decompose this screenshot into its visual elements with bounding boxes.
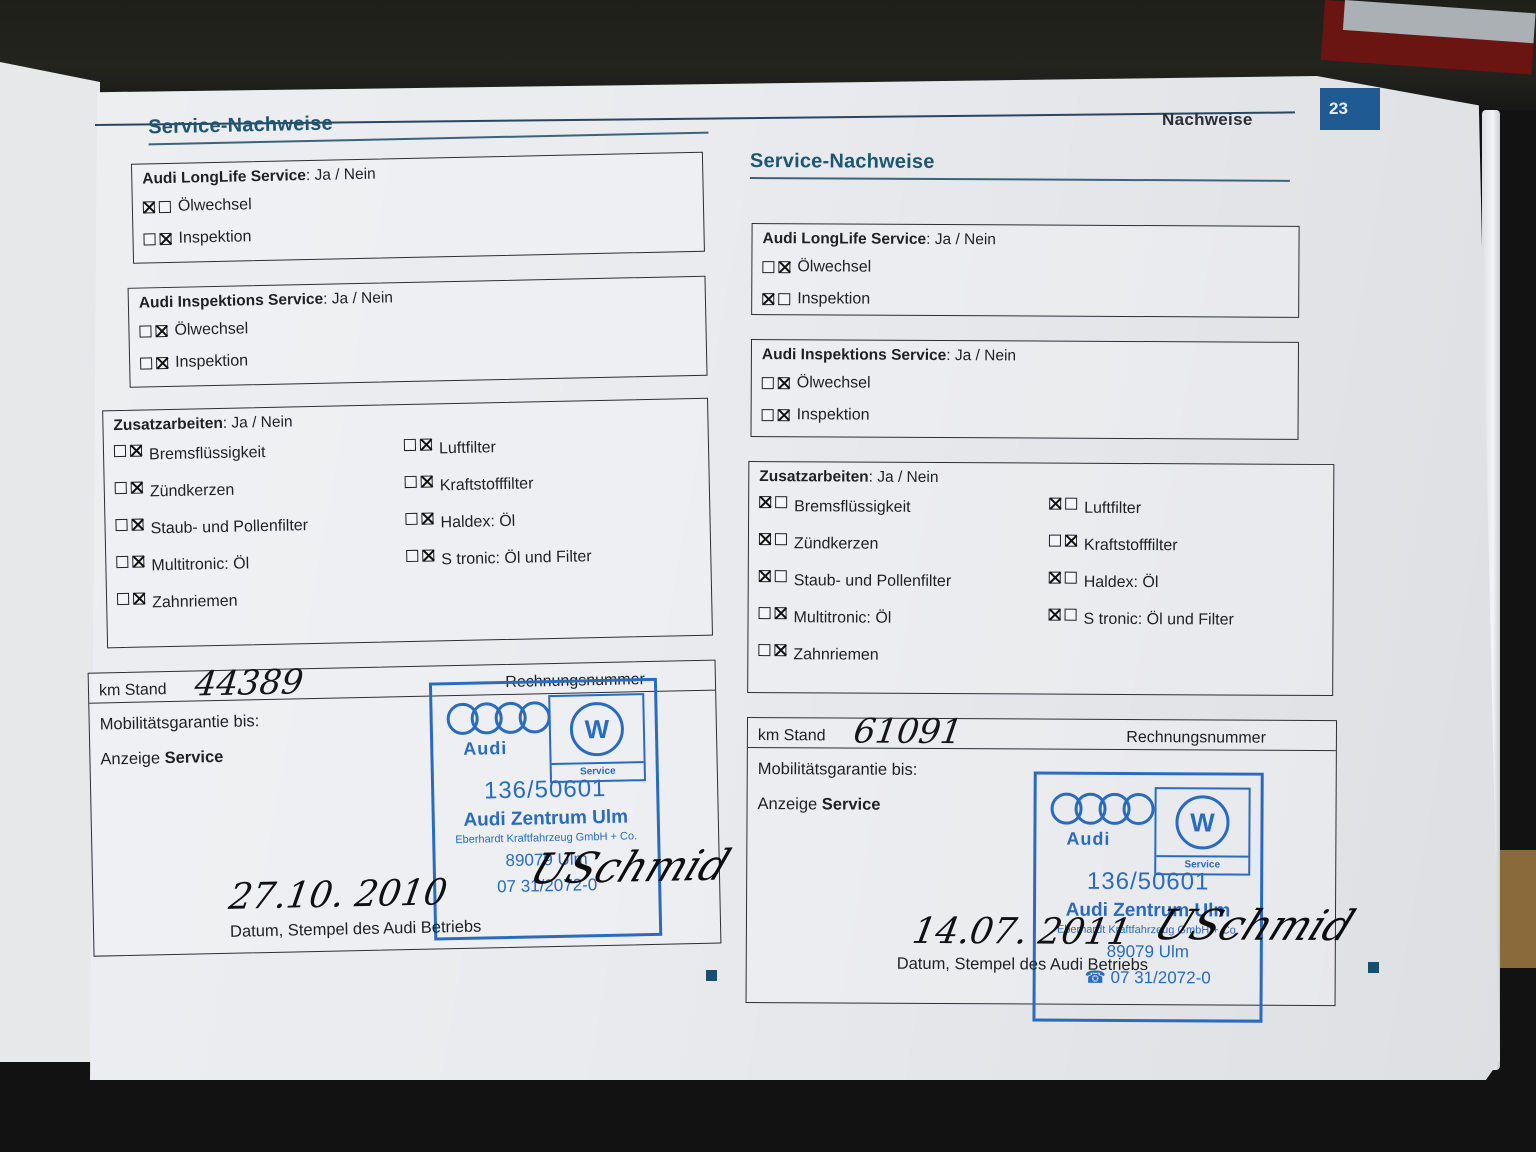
- checkbox-nein[interactable]: [420, 438, 432, 450]
- checklist-label: Kraftstofffilter: [440, 473, 534, 497]
- checklist-item: S tronic: Öl und Filter: [1048, 609, 1328, 632]
- checkbox-nein[interactable]: [155, 325, 167, 337]
- checklist-item: Haldex: Öl: [1049, 572, 1329, 595]
- checkbox-nein[interactable]: [156, 357, 168, 369]
- checklist-label: Luftfilter: [1084, 498, 1141, 520]
- checklist-label: S tronic: Öl und Filter: [441, 546, 592, 571]
- km-label: km Stand: [99, 681, 167, 700]
- checklist-item: Ölwechsel: [139, 311, 695, 341]
- checkbox-nein[interactable]: [131, 519, 143, 531]
- checkbox-ja[interactable]: [404, 439, 416, 451]
- checkbox-ja[interactable]: [759, 496, 771, 508]
- checklist-label: Ölwechsel: [174, 320, 248, 340]
- km-value[interactable]: 61091: [852, 718, 964, 747]
- checkbox-ja[interactable]: [759, 607, 771, 619]
- checklist-item: Zündkerzen: [115, 476, 405, 504]
- checkbox-ja[interactable]: [1049, 498, 1061, 510]
- checkbox-ja[interactable]: [139, 325, 151, 337]
- km-value[interactable]: 44389: [193, 668, 304, 698]
- checkbox-ja[interactable]: [762, 409, 774, 421]
- checkbox-nein[interactable]: [421, 512, 433, 524]
- checklist-item: Luftfilter: [404, 433, 684, 461]
- checklist-label: Multitronic: Öl: [793, 607, 891, 630]
- checklist-item: Ölwechsel: [762, 374, 1288, 395]
- checklist-item: S tronic: Öl und Filter: [406, 544, 686, 572]
- checklist-label: Bremsflüssigkeit: [794, 496, 911, 519]
- date-value[interactable]: 27.10. 2010: [226, 872, 450, 918]
- page-number: 23: [1329, 99, 1348, 119]
- checklist-label: Bremsflüssigkeit: [149, 442, 266, 466]
- checkbox-ja[interactable]: [140, 357, 152, 369]
- checklist-label: Zündkerzen: [150, 480, 235, 504]
- invoice-number-label: Rechnungsnummer: [1126, 729, 1266, 748]
- checkbox-nein[interactable]: [775, 607, 787, 619]
- zusatzarbeiten-box: Zusatzarbeiten: Ja / Nein Bremsflüssigke…: [747, 461, 1334, 696]
- checklist-label: Multitronic: Öl: [151, 553, 249, 577]
- page-number-tab: 23: [1320, 88, 1380, 130]
- end-marker-icon: [706, 970, 717, 981]
- checklist-item: Multitronic: Öl: [116, 550, 406, 578]
- box-title: Audi LongLife Service: Ja / Nein: [142, 159, 692, 189]
- checklist-label: Zahnriemen: [793, 644, 878, 666]
- checkbox-ja[interactable]: [143, 233, 155, 245]
- checkbox-nein[interactable]: [778, 261, 790, 273]
- checklist-label: Inspektion: [178, 228, 251, 248]
- vw-service-label: Service: [1156, 855, 1248, 870]
- vw-service-label: Service: [552, 761, 644, 778]
- checklist-item: Staub- und Pollenfilter: [759, 570, 1049, 594]
- vw-service-box: W Service: [548, 693, 646, 783]
- checklist-item: Staub- und Pollenfilter: [115, 513, 405, 541]
- checkbox-nein[interactable]: [159, 233, 171, 245]
- vw-logo-icon: W: [569, 702, 624, 757]
- details-box: km Stand 61091 Rechnungsnummer Mobilität…: [746, 717, 1337, 1006]
- checkbox-nein[interactable]: [775, 533, 787, 545]
- checkbox-nein[interactable]: [422, 549, 434, 561]
- checklist-label: Ölwechsel: [797, 258, 871, 276]
- checkbox-ja[interactable]: [762, 377, 774, 389]
- checklist-label: Ölwechsel: [178, 196, 252, 216]
- inspektions-service-box: Audi Inspektions Service: Ja / Nein Ölwe…: [750, 339, 1299, 440]
- end-marker-icon: [1368, 962, 1379, 973]
- checkbox-ja[interactable]: [758, 644, 770, 656]
- date-stamp-label: Datum, Stempel des Audi Betriebs: [897, 955, 1148, 975]
- checkbox-nein[interactable]: [778, 293, 790, 305]
- checklist-item: Ölwechsel: [762, 258, 1288, 279]
- checkbox-ja[interactable]: [1049, 535, 1061, 547]
- service-record-1: Service-Nachweise Audi LongLife Service:…: [70, 105, 727, 957]
- checkbox-ja[interactable]: [759, 533, 771, 545]
- checkbox-ja[interactable]: [115, 482, 127, 494]
- checkbox-nein[interactable]: [1065, 572, 1077, 584]
- checklist-label: Inspektion: [175, 352, 248, 372]
- checklist-item: Inspektion: [143, 219, 693, 249]
- running-head: Nachweise: [1162, 110, 1253, 130]
- details-box: km Stand 44389 Rechnungsnummer Mobilität…: [88, 660, 722, 957]
- checklist-item: Zahnriemen: [117, 587, 407, 615]
- checklist-label: Luftfilter: [439, 437, 496, 460]
- date-value[interactable]: 14.07. 2011: [909, 911, 1134, 953]
- box-title: Audi LongLife Service: Ja / Nein: [762, 230, 1288, 251]
- checkbox-nein[interactable]: [159, 201, 171, 213]
- checklist-item: Inspektion: [762, 406, 1288, 427]
- checklist-label: Zahnriemen: [152, 591, 238, 615]
- inspektions-service-box: Audi Inspektions Service: Ja / Nein Ölwe…: [128, 276, 708, 388]
- vw-logo-icon: W: [1175, 795, 1229, 849]
- checklist-label: Haldex: Öl: [440, 511, 515, 535]
- checklist-label: Staub- und Pollenfilter: [150, 515, 308, 540]
- checkbox-nein[interactable]: [778, 377, 790, 389]
- zusatzarbeiten-box: Zusatzarbeiten: Ja / Nein Bremsflüssigke…: [102, 398, 713, 649]
- box-title: Zusatzarbeiten: Ja / Nein: [759, 468, 1323, 489]
- checklist-label: Zündkerzen: [794, 533, 879, 555]
- checklist-label: Haldex: Öl: [1084, 572, 1159, 594]
- checklist-item: Kraftstofffilter: [1049, 535, 1329, 558]
- checkbox-ja[interactable]: [117, 593, 129, 605]
- stamp-dealer-name: Audi Zentrum Ulm: [435, 806, 657, 833]
- box-title: Zusatzarbeiten: Ja / Nein: [113, 405, 697, 435]
- checkbox-ja[interactable]: [1049, 609, 1061, 621]
- checkbox-ja[interactable]: [114, 445, 126, 457]
- checkbox-nein[interactable]: [774, 644, 786, 656]
- service-record-2: Service-Nachweise Audi LongLife Service:…: [746, 150, 1350, 1006]
- checklist-item: Haldex: Öl: [405, 507, 685, 535]
- checkbox-ja[interactable]: [762, 293, 774, 305]
- checkbox-ja[interactable]: [115, 519, 127, 531]
- vw-service-box: W Service: [1154, 787, 1250, 876]
- checkbox-nein[interactable]: [1065, 498, 1077, 510]
- checklist-label: Inspektion: [797, 406, 870, 424]
- km-label: km Stand: [758, 727, 826, 745]
- checkbox-ja[interactable]: [143, 201, 155, 213]
- checklist-item: Zahnriemen: [758, 644, 1048, 668]
- checkbox-nein[interactable]: [131, 482, 143, 494]
- checklist-item: Bremsflüssigkeit: [759, 496, 1049, 520]
- checkbox-nein[interactable]: [775, 496, 787, 508]
- signature: USchmid: [523, 840, 737, 893]
- checklist-label: Kraftstofffilter: [1084, 535, 1178, 557]
- box-title: Audi Inspektions Service: Ja / Nein: [762, 346, 1288, 367]
- checkbox-nein[interactable]: [775, 570, 787, 582]
- km-row: km Stand 61091 Rechnungsnummer: [748, 718, 1336, 751]
- longlife-service-box: Audi LongLife Service: Ja / Nein Ölwechs…: [751, 223, 1299, 318]
- checklist-label: Ölwechsel: [797, 374, 871, 392]
- checklist-item: Multitronic: Öl: [758, 607, 1048, 631]
- checkbox-ja[interactable]: [116, 556, 128, 568]
- checkbox-nein[interactable]: [1065, 609, 1077, 621]
- checkbox-ja[interactable]: [405, 513, 417, 525]
- longlife-service-box: Audi LongLife Service: Ja / Nein Ölwechs…: [131, 152, 705, 264]
- dealer-stamp: Audi W Service 136/50601 Audi Zentrum Ul…: [429, 678, 662, 941]
- checkbox-ja[interactable]: [762, 261, 774, 273]
- checkbox-nein[interactable]: [1065, 535, 1077, 547]
- checkbox-ja[interactable]: [759, 570, 771, 582]
- checklist-item: Inspektion: [762, 290, 1288, 311]
- checkbox-ja[interactable]: [406, 550, 418, 562]
- checklist-label: Staub- und Pollenfilter: [794, 570, 952, 593]
- checklist-label: Inspektion: [797, 290, 870, 308]
- checklist-item: Zündkerzen: [759, 533, 1049, 557]
- section-title: Service-Nachweise: [750, 150, 1290, 182]
- checklist-item: Inspektion: [140, 343, 696, 373]
- checkbox-nein[interactable]: [778, 409, 790, 421]
- signature: USchmid: [1147, 900, 1362, 950]
- box-title: Audi Inspektions Service: Ja / Nein: [139, 283, 695, 313]
- checkbox-nein[interactable]: [132, 556, 144, 568]
- checkbox-ja[interactable]: [405, 476, 417, 488]
- checklist-item: Bremsflüssigkeit: [114, 439, 404, 467]
- checkbox-ja[interactable]: [1049, 572, 1061, 584]
- dealer-stamp: Audi W Service 136/50601 Audi Zentrum Ul…: [1032, 771, 1263, 1022]
- checkbox-nein[interactable]: [133, 593, 145, 605]
- checklist-item: Ölwechsel: [143, 187, 693, 217]
- checklist-item: Kraftstofffilter: [405, 470, 685, 498]
- checklist-label: S tronic: Öl und Filter: [1083, 609, 1233, 632]
- checklist-item: Luftfilter: [1049, 498, 1329, 521]
- checkbox-nein[interactable]: [130, 445, 142, 457]
- checkbox-nein[interactable]: [421, 475, 433, 487]
